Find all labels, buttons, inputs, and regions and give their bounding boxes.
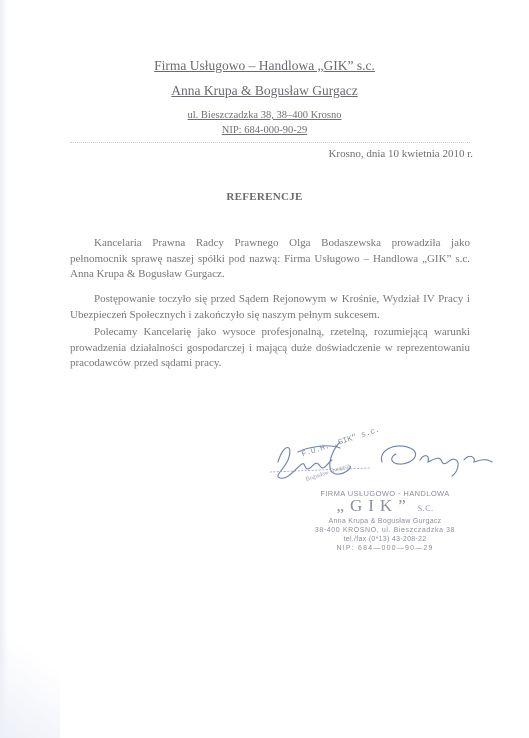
document-title: REFERENCJE xyxy=(0,191,529,203)
paragraph-2: Postępowanie toczyło się przed Sądem Rej… xyxy=(70,292,470,323)
stamp-name: „GIK” xyxy=(336,496,411,515)
date-line: Krosno, dnia 10 kwietnia 2010 r. xyxy=(328,148,473,160)
stamp-nip: NIP: 684—000—90—29 xyxy=(300,544,470,553)
page-corner-shadow xyxy=(0,598,60,738)
paragraph-1: Kancelaria Prawna Radcy Prawnego Olga Bo… xyxy=(70,236,470,283)
stamp-company-name: „GIK”S.C. xyxy=(300,498,470,517)
paragraph-3: Polecamy Kancelarię jako wysoce profesjo… xyxy=(70,325,470,372)
stamp-owners: Anna Krupa & Bogusław Gurgacz xyxy=(300,517,470,526)
stamp-phone: tel./fax (0*13) 43-208-22 xyxy=(300,535,470,544)
stamp-suffix: S.C. xyxy=(418,504,434,513)
stamp-address: 38-400 KROSNO, ul. Bieszczadzka 38 xyxy=(300,526,470,535)
letterhead-nip: NIP: 684-000-90-29 xyxy=(0,125,529,136)
handwritten-signature xyxy=(270,432,510,492)
letterhead-owners: Anna Krupa & Bogusław Gurgacz xyxy=(0,83,529,99)
company-stamp: FIRMA USŁUGOWO - HANDLOWA „GIK”S.C. Anna… xyxy=(300,489,470,553)
header-divider xyxy=(70,142,470,143)
letterhead-company: Firma Usługowo – Handlowa „GIK” s.c. xyxy=(0,58,529,74)
letterhead-address: ul. Bieszczadzka 38, 38–400 Krosno xyxy=(0,110,529,121)
